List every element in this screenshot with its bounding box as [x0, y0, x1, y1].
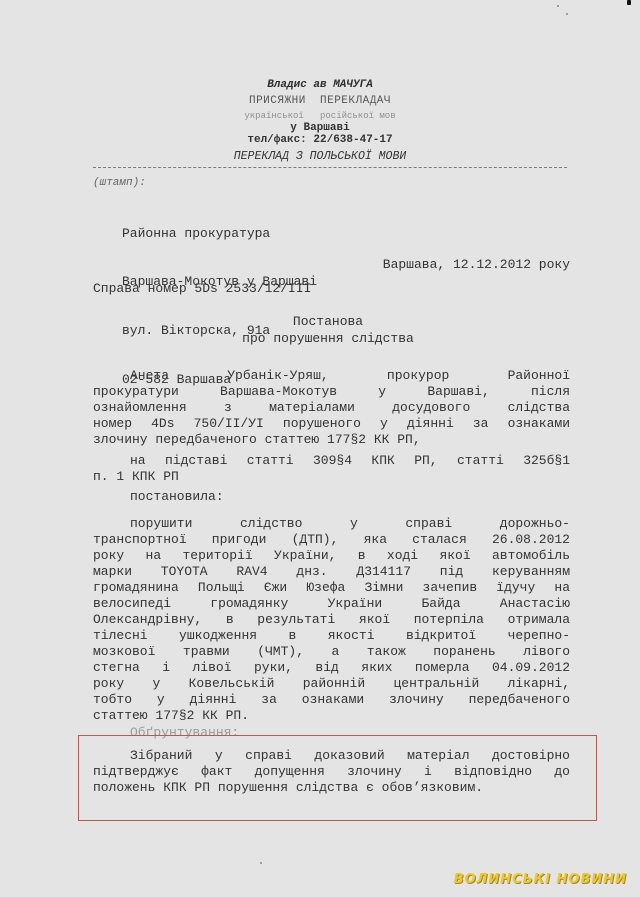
- text-line: підтверджує факт допущення злочину і від…: [93, 764, 570, 780]
- text-line: злочину передбаченого статтею 177§2 КК Р…: [93, 432, 570, 448]
- watermark-logo: ВОЛИНСЬКІ НОВИНИ: [454, 872, 627, 887]
- text-line: номер 4Ds 750/II/УI порушеного у діянні …: [93, 416, 570, 432]
- translator-title: ПРИСЯЖНИ ПЕРЕКЛАДАЧ: [0, 94, 640, 108]
- text-line: ознайомлення з матеріалами досудового сл…: [93, 400, 570, 416]
- text-line: на підставі статті 309§4 КПК РП, статті …: [93, 453, 570, 469]
- intro-paragraph: Анета Урбанік-Уряш, прокурор Районної пр…: [93, 368, 570, 448]
- case-number: Справа номер 5Ds 2533/12/III: [93, 281, 311, 296]
- text-line: порушити слідство у справі дорожньо-: [93, 516, 570, 532]
- address-line: Районна прокуратура: [122, 226, 317, 242]
- document-date: Варшава, 12.12.2012 року: [383, 257, 570, 272]
- text-line: Зібраний у справі доказовий матеріал дос…: [93, 748, 570, 764]
- text-line: п. 1 КПК РП: [93, 469, 570, 485]
- text-line: положень КПК РП порушення слідства є обо…: [93, 780, 570, 796]
- translator-phone: тел/факс: 22/638-47-17: [0, 133, 640, 147]
- text-line: Олександрівну, в результаті якої потерпі…: [93, 612, 570, 628]
- text-line: громадянина Польщі Єжи Юзефа Зімни зачеп…: [93, 580, 570, 596]
- text-line: року на території України, в ході якої а…: [93, 548, 570, 564]
- header-divider: [93, 167, 567, 168]
- text-line: транспортної пригоди (ДТП), яка сталася …: [93, 532, 570, 548]
- text-line: велосипеді громадянку України Байда Анас…: [93, 596, 570, 612]
- text-line: тобто у діянні за ознаками злочину перед…: [93, 692, 570, 708]
- text-line: року у Ковельській районній центральній …: [93, 676, 570, 692]
- resolved-label: постановила:: [130, 489, 224, 505]
- decision-paragraph: порушити слідство у справі дорожньо- тра…: [93, 516, 570, 724]
- document-title: Постанова: [8, 313, 640, 330]
- scan-speck: [627, 0, 631, 5]
- text-line: Анета Урбанік-Уряш, прокурор Районної: [93, 368, 570, 384]
- text-line: статтею 177§2 КК РП.: [93, 708, 570, 724]
- scan-speck: [260, 862, 262, 864]
- translator-name: Владис ав МАЧУГА: [0, 78, 640, 92]
- stamp-label: (штамп):: [93, 177, 146, 189]
- text-line: тілесні ушкодження в якості відкритої че…: [93, 628, 570, 644]
- translation-note: ПЕРЕКЛАД З ПОЛЬСЬКОЇ МОВИ: [0, 150, 640, 164]
- text-line: марки TOYOTA RAV4 днз. Д314117 під керув…: [93, 564, 570, 580]
- document-page: Владис ав МАЧУГА ПРИСЯЖНИ ПЕРЕКЛАДАЧ укр…: [0, 0, 640, 897]
- justification-paragraph: Зібраний у справі доказовий матеріал дос…: [93, 748, 570, 796]
- document-subtitle: про порушення слідства: [8, 330, 640, 347]
- text-line: прокуратури Варшава-Мокотув у Варшаві, п…: [93, 384, 570, 400]
- text-line: мозкової травми (ЧМТ), а також поранень …: [93, 644, 570, 660]
- scan-speck: [557, 5, 559, 7]
- basis-paragraph: на підставі статті 309§4 КПК РП, статті …: [93, 453, 570, 485]
- text-line: стегна і лівої руки, від яких померла 04…: [93, 660, 570, 676]
- scan-speck: [566, 13, 568, 15]
